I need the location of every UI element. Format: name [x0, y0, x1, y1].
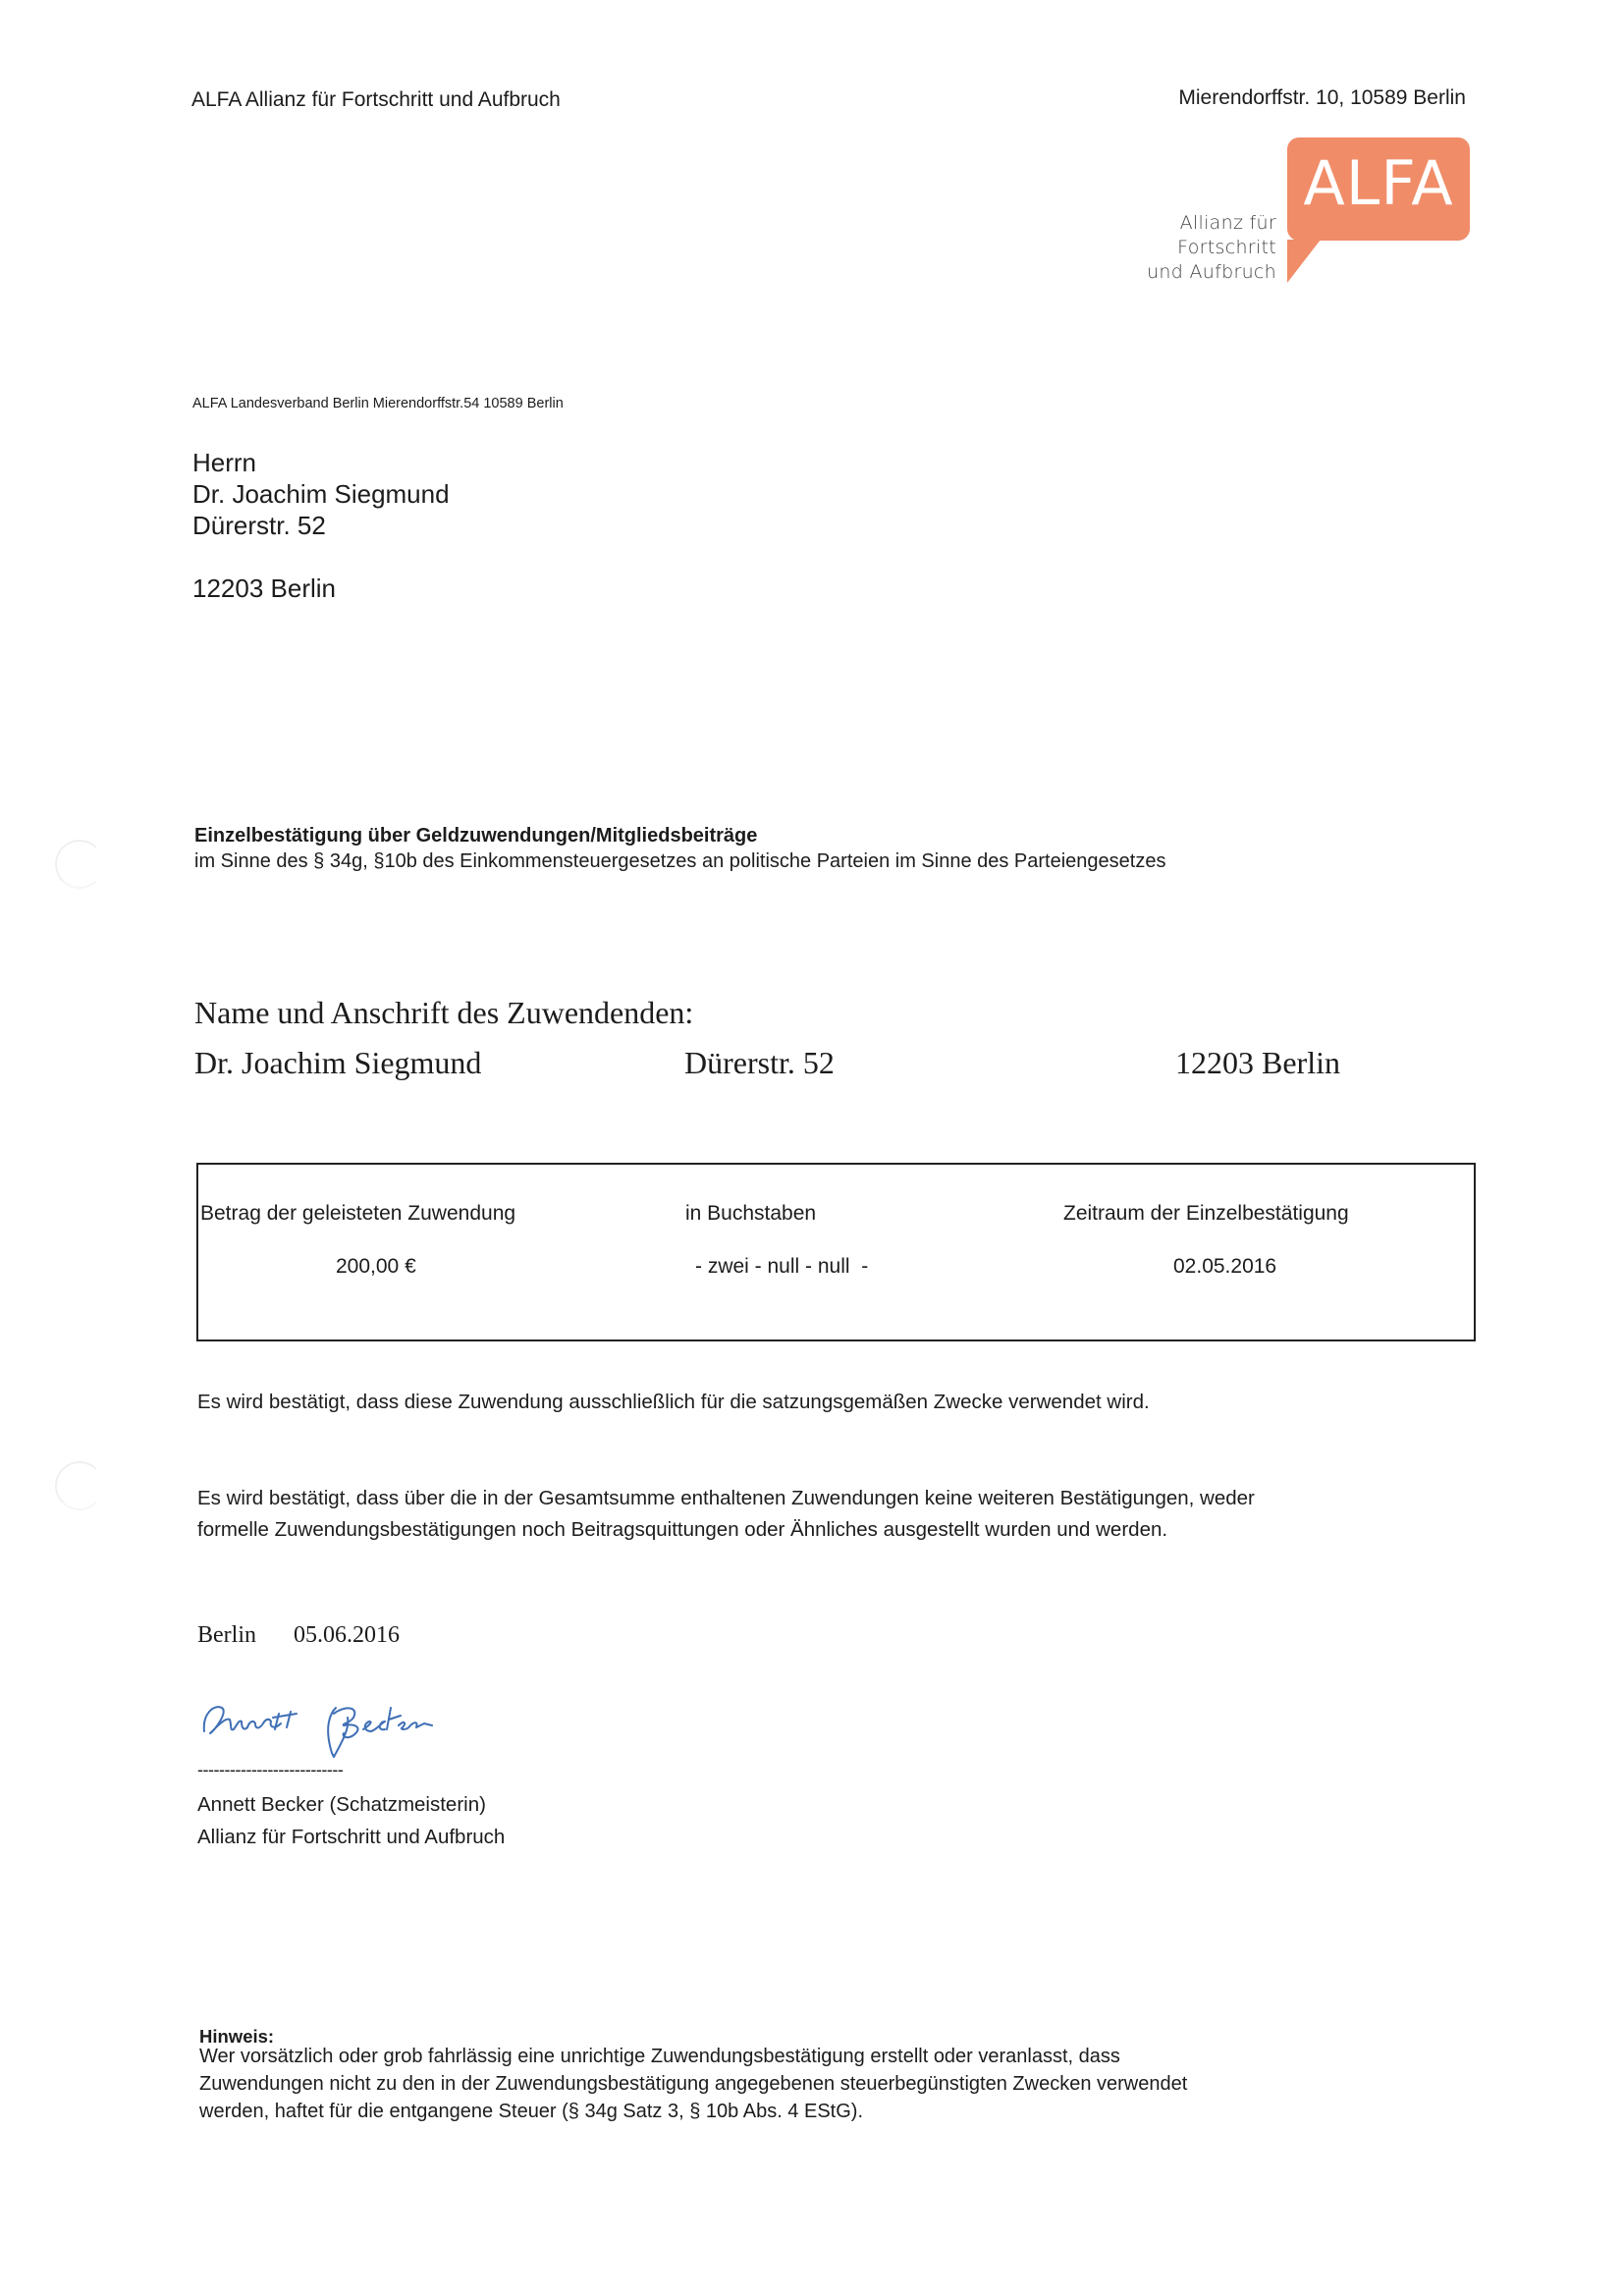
- logo-tagline-line: Fortschritt: [1147, 236, 1276, 260]
- donor-street: Dürerstr. 52: [684, 1045, 835, 1081]
- logo-tagline-line: und Aufbruch: [1147, 260, 1276, 285]
- punch-hole-mark: [55, 1461, 104, 1510]
- recipient-salutation: Herrn: [192, 448, 256, 478]
- letterhead-organization: ALFA Allianz für Fortschritt und Aufbruc…: [191, 88, 561, 112]
- place-and-date: Berlin05.06.2016: [197, 1622, 400, 1649]
- period-column-header: Zeitraum der Einzelbestätigung: [1063, 1202, 1349, 1226]
- amount-value: 200,00 €: [336, 1255, 416, 1279]
- period-value: 02.05.2016: [1173, 1255, 1276, 1279]
- donor-heading: Name und Anschrift des Zuwendenden:: [194, 995, 693, 1031]
- confirmation-paragraph: Es wird bestätigt, dass über die in der …: [197, 1483, 1255, 1546]
- notice-line: werden, haftet für die entgangene Steuer…: [199, 2101, 863, 2123]
- document-subtitle: im Sinne des § 34g, §10b des Einkommenst…: [194, 850, 1165, 873]
- logo-tagline-line: Allianz für: [1147, 211, 1276, 236]
- amount-column-header: Betrag der geleisteten Zuwendung: [200, 1202, 515, 1226]
- recipient-name: Dr. Joachim Siegmund: [192, 479, 450, 510]
- amount-table-frame: [196, 1163, 1476, 1341]
- confirmation-line: formelle Zuwendungsbestätigungen noch Be…: [197, 1514, 1255, 1546]
- notice-line: Zuwendungen nicht zu den in der Zuwendun…: [199, 2073, 1187, 2096]
- confirmation-paragraph: Es wird bestätigt, dass diese Zuwendung …: [197, 1387, 1150, 1418]
- logo-wordmark: ALFA: [1287, 147, 1470, 219]
- letterhead-address: Mierendorffstr. 10, 10589 Berlin: [1178, 86, 1466, 110]
- handwritten-signature-icon: [196, 1684, 491, 1763]
- confirmation-line: Es wird bestätigt, dass über die in der …: [197, 1483, 1255, 1514]
- sender-return-address: ALFA Landesverband Berlin Mierendorffstr…: [192, 396, 564, 411]
- donor-name: Dr. Joachim Siegmund: [194, 1045, 481, 1081]
- logo-bubble-tail-icon: [1287, 240, 1321, 283]
- notice-label: Hinweis:: [199, 2026, 274, 2048]
- punch-hole-mark: [55, 840, 104, 889]
- signer-name: Annett Becker (Schatzmeisterin): [197, 1793, 486, 1817]
- signature-line: ---------------------------: [197, 1760, 343, 1780]
- recipient-street: Dürerstr. 52: [192, 511, 326, 541]
- recipient-city: 12203 Berlin: [192, 574, 336, 604]
- logo-tagline: Allianz für Fortschritt und Aufbruch: [1147, 211, 1276, 285]
- notice-line: Wer vorsätzlich oder grob fahrlässig ein…: [199, 2046, 1120, 2068]
- date: 05.06.2016: [294, 1622, 400, 1648]
- signer-organization: Allianz für Fortschritt und Aufbruch: [197, 1826, 505, 1849]
- donor-city: 12203 Berlin: [1175, 1045, 1340, 1081]
- amount-in-words-column-header: in Buchstaben: [685, 1202, 816, 1226]
- place: Berlin: [197, 1622, 256, 1648]
- document-title: Einzelbestätigung über Geldzuwendungen/M…: [194, 825, 757, 847]
- amount-in-words-value: - zwei - null - null -: [695, 1255, 868, 1279]
